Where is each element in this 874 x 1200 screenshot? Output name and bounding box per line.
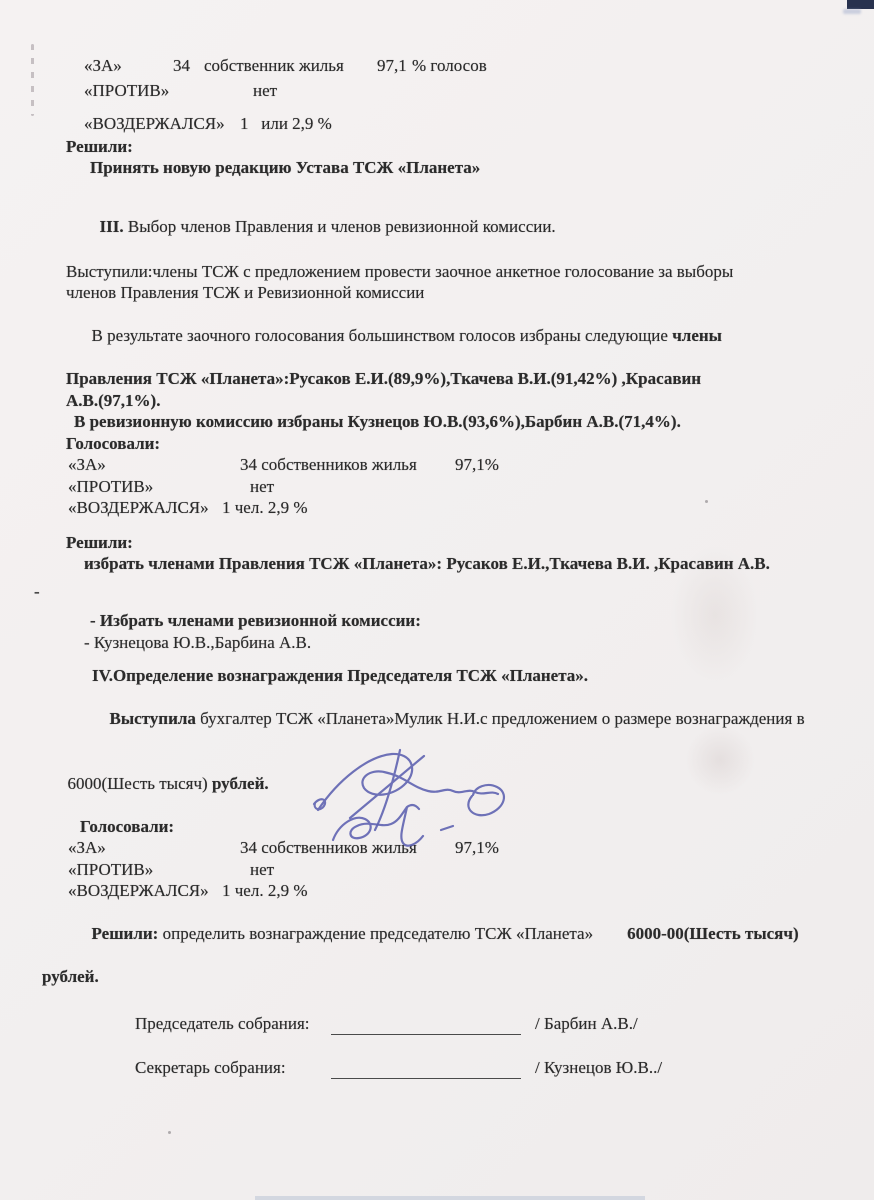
vote-za-label: «ЗА» <box>68 454 240 476</box>
section3-revision-line: В ревизионную комиссию избраны Кузнецов … <box>74 411 846 433</box>
vote-vozd-label: «ВОЗДЕРЖАЛСЯ» <box>68 497 222 519</box>
section3-golosovali: Голосовали: <box>66 433 846 455</box>
vote-protiv-label: «ПРОТИВ» <box>68 859 250 881</box>
vote3-vozd-row: «ВОЗДЕРЖАЛСЯ»1 чел. 2,9 % <box>68 880 846 902</box>
vote-protiv-label: «ПРОТИВ» <box>84 80 253 102</box>
vote-protiv-value: нет <box>250 859 274 881</box>
vote2-vozd-row: «ВОЗДЕРЖАЛСЯ»1 чел. 2,9 % <box>68 497 846 519</box>
document-body: «ЗА»34собственник жилья97,1% голосов «ПР… <box>42 55 846 1079</box>
secretary-name: / Кузнецов Ю.В../ <box>535 1057 662 1079</box>
vote-vozd-value: 1 чел. 2,9 % <box>222 497 308 519</box>
section4-vystupila-rest: бухгалтер ТСЖ «Планета»Мулик Н.И.с предл… <box>196 709 805 728</box>
scanned-protocol-page: «ЗА»34собственник жилья97,1% голосов «ПР… <box>0 0 874 1200</box>
vote1-protiv-row: «ПРОТИВ»нет <box>84 80 846 102</box>
vote-vozd-value: 1 или 2,9 % <box>240 113 332 135</box>
secretary-label: Секретарь собрания: <box>135 1057 331 1079</box>
decision3-tail: рублей. <box>42 966 846 988</box>
paper-crease-mark <box>31 44 34 116</box>
section3-para1-line2: членов Правления ТСЖ и Ревизионной комис… <box>66 282 846 304</box>
vote-za-text: собственник жилья <box>204 55 377 77</box>
vote2-protiv-row: «ПРОТИВ»нет <box>68 476 846 498</box>
section3-para2-line3: А.В.(97,1%). <box>66 390 846 412</box>
vote1-vozd-row: «ВОЗДЕРЖАЛСЯ»1 или 2,9 % <box>84 113 846 135</box>
vote-protiv-value: нет <box>253 80 277 102</box>
decision2-line1: избрать членами Правления ТСЖ «Планета»:… <box>84 553 846 575</box>
scan-bottom-strip <box>255 1196 645 1200</box>
section3-title: Выбор членов Правления и членов ревизион… <box>124 217 556 236</box>
chairman-signature-line <box>331 1014 521 1035</box>
secretary-signature-row: Секретарь собрания:/ Кузнецов Ю.В../ <box>135 1053 846 1079</box>
chairman-signature-row: Председатель собрания:/ Барбин А.В./ <box>135 1009 846 1035</box>
secretary-signature-line <box>331 1058 521 1079</box>
vote-za-count: 34 <box>173 55 204 77</box>
section4-heading: IV.Определение вознаграждения Председате… <box>92 665 846 687</box>
scan-corner-smudge <box>843 9 861 14</box>
vote2-za-row: «ЗА»34 собственников жилья97,1% <box>68 454 846 476</box>
section3-para2-line2: Правления ТСЖ «Планета»:Русаков Е.И.(89,… <box>66 368 846 390</box>
section3-para2-line1: В результате заочного голосования больши… <box>66 304 846 369</box>
vote-za-label: «ЗА» <box>84 55 173 77</box>
decision2-line3: - Кузнецова Ю.В.,Барбина А.В. <box>84 632 846 654</box>
decision1-heading: Решили: <box>66 136 846 158</box>
vote-protiv-label: «ПРОТИВ» <box>68 476 250 498</box>
decision3-heading: Решили: <box>92 924 159 943</box>
section4-amount-bold: рублей. <box>212 774 269 793</box>
section4-para-line1: Выступила бухгалтер ТСЖ «Планета»Мулик Н… <box>84 687 846 752</box>
decision3-line: Решили: определить вознаграждение предсе… <box>66 902 846 967</box>
vote-za-percent: 97,1% <box>455 454 499 476</box>
vote-za-value: 34 собственников жилья <box>240 454 455 476</box>
vote1-za-row: «ЗА»34собственник жилья97,1% голосов <box>84 55 846 77</box>
vote-za-percent: 97,1% <box>455 837 499 859</box>
section3-para2-regular: В результате заочного голосования больши… <box>92 326 673 345</box>
chairman-name: / Барбин А.В./ <box>535 1013 638 1035</box>
paper-speck <box>168 1131 171 1134</box>
decision1-text: Принять новую редакцию Устава ТСЖ «Плане… <box>90 157 846 179</box>
decision2-line2: - Избрать членами ревизионной комиссии: <box>90 610 846 632</box>
vote-protiv-value: нет <box>250 476 274 498</box>
section3-heading: III. Выбор членов Правления и членов рев… <box>74 195 846 260</box>
vote3-za-row: «ЗА»34 собственников жилья97,1% <box>68 837 846 859</box>
section4-golosovali: Голосовали: <box>80 816 846 838</box>
vote-za-value: 34 собственников жилья <box>240 837 455 859</box>
vote3-protiv-row: «ПРОТИВ»нет <box>68 859 846 881</box>
section4-vystupila-bold: Выступила <box>110 709 196 728</box>
section4-amount-regular: 6000(Шесть тысяч) <box>68 774 212 793</box>
vote-za-label: «ЗА» <box>68 837 240 859</box>
section3-number: III. <box>100 217 124 236</box>
section3-para2-bold: члены <box>672 326 722 345</box>
vote-vozd-label: «ВОЗДЕРЖАЛСЯ» <box>84 113 240 135</box>
decision3-text: определить вознаграждение председателю Т… <box>158 924 593 943</box>
vote-vozd-label: «ВОЗДЕРЖАЛСЯ» <box>68 880 222 902</box>
decision2-heading: Решили: <box>66 532 846 554</box>
vote-za-percent: 97,1 <box>377 55 412 77</box>
vote-za-percent-suffix: % голосов <box>412 55 487 77</box>
section3-para1-line1: Выступили:члены ТСЖ с предложением прове… <box>66 261 846 283</box>
scan-corner-artifact <box>847 0 874 9</box>
decision3-amount: 6000-00(Шесть тысяч) <box>627 924 799 943</box>
vote-vozd-value: 1 чел. 2,9 % <box>222 880 308 902</box>
margin-dash: - <box>34 581 846 603</box>
section4-para-line2: 6000(Шесть тысяч) рублей. <box>42 751 846 816</box>
chairman-label: Председатель собрания: <box>135 1013 331 1035</box>
